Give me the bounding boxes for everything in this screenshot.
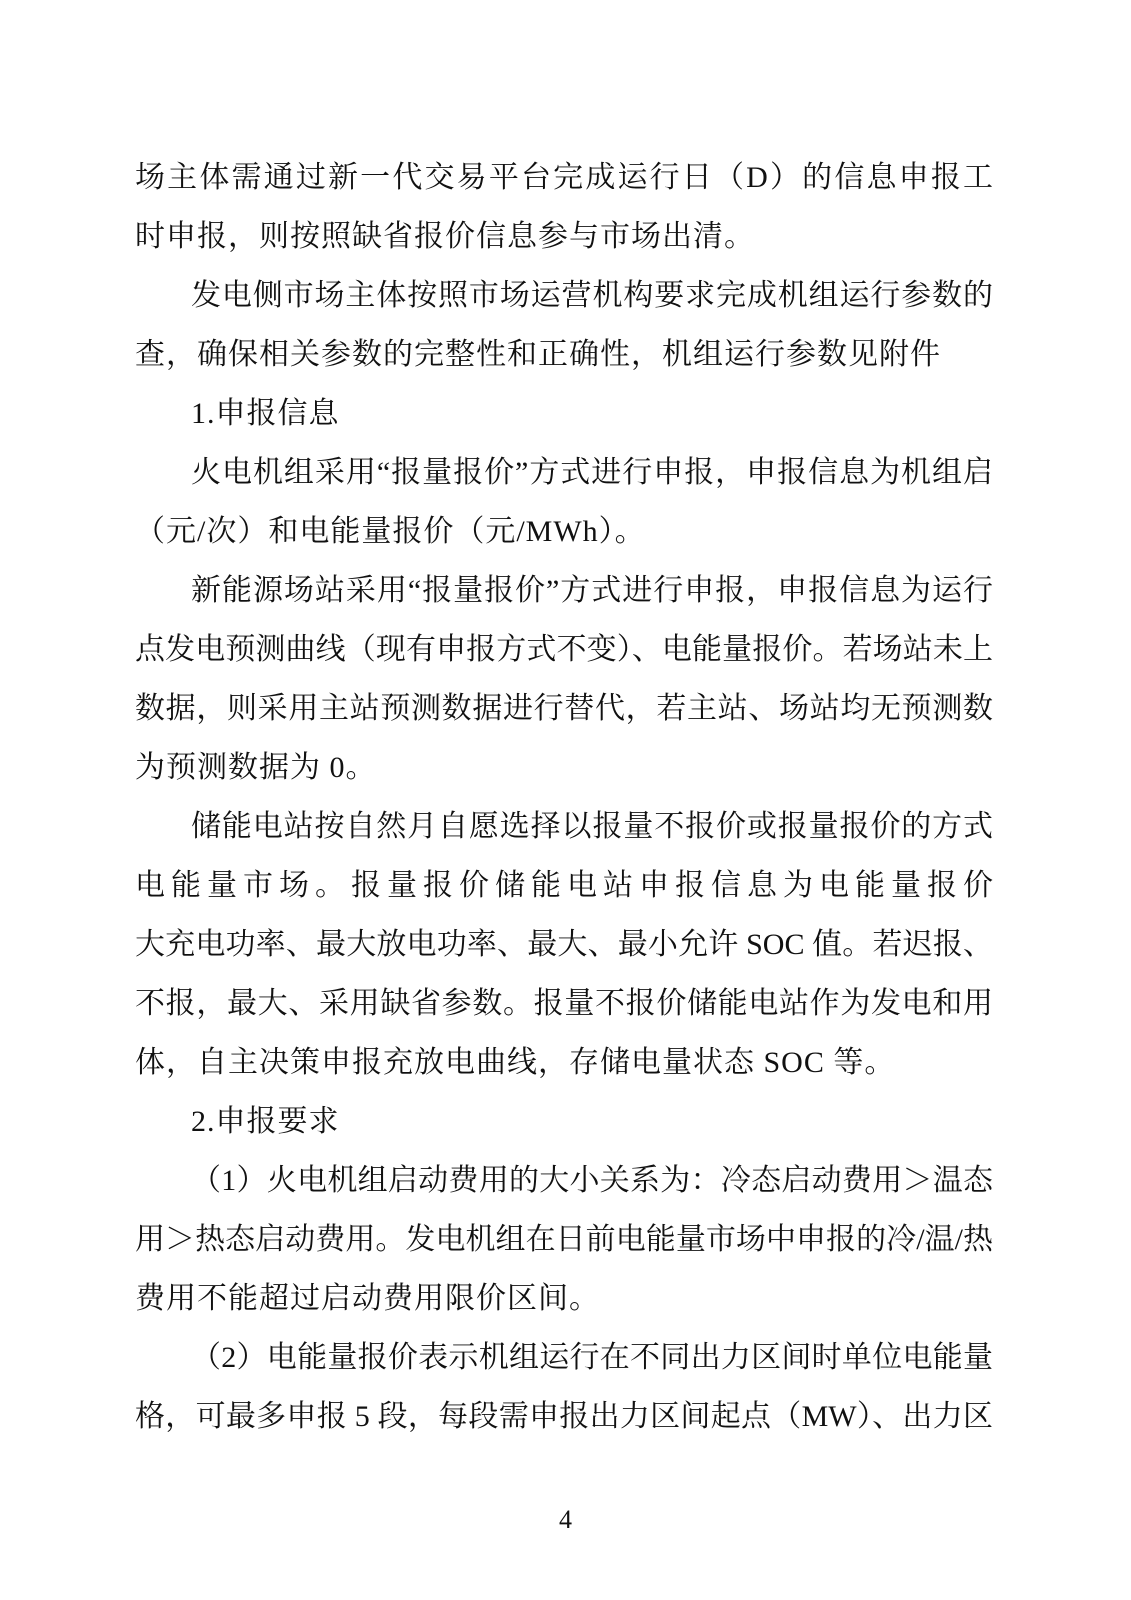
page-number: 4 <box>0 1505 1131 1535</box>
text-line: 电能量市场。报量报价储能电站申报信息为电能量报价（元/MWh）、最 <box>135 856 993 915</box>
text-line: （2）电能量报价表示机组运行在不同出力区间时单位电能量的价 <box>135 1328 993 1387</box>
text-line: 体，自主决策申报充放电曲线，存储电量状态 SOC 等。 <box>135 1033 993 1092</box>
text-line: 用＞热态启动费用。发电机组在日前电能量市场中申报的冷/温/热态启动 <box>135 1210 993 1269</box>
text-line: 点发电预测曲线（现有申报方式不变）、电能量报价。若场站未上报预测 <box>135 620 993 679</box>
text-line: 发电侧市场主体按照市场运营机构要求完成机组运行参数的申报和核 <box>135 266 993 325</box>
text-line: 查，确保相关参数的完整性和正确性，机组运行参数见附件 2。 <box>135 325 993 384</box>
text-line: （1）火电机组启动费用的大小关系为：冷态启动费用＞温态启动费 <box>135 1151 993 1210</box>
text-line: （元/次）和电能量报价（元/MWh）。 <box>135 502 993 561</box>
text-line: 火电机组采用“报量报价”方式进行申报，申报信息为机组启动费用 <box>135 443 993 502</box>
text-line: 大充电功率、最大放电功率、最大、最小允许 SOC 值。若迟报、漏报或 <box>135 915 993 974</box>
text-line: 时申报，则按照缺省报价信息参与市场出清。 <box>135 207 993 266</box>
text-line: 费用不能超过启动费用限价区间。 <box>135 1269 993 1328</box>
document-page: 场主体需通过新一代交易平台完成运行日（D）的信息申报工作。若未按 时申报，则按照… <box>0 0 1131 1600</box>
text-line: 不报，最大、采用缺省参数。报量不报价储能电站作为发电和用电的结合 <box>135 974 993 1033</box>
text-line: 为预测数据为 0。 <box>135 738 993 797</box>
document-body: 场主体需通过新一代交易平台完成运行日（D）的信息申报工作。若未按 时申报，则按照… <box>135 148 993 1446</box>
text-line: 数据，则采用主站预测数据进行替代，若主站、场站均无预测数据，则认 <box>135 679 993 738</box>
section-heading: 2.申报要求 <box>135 1092 993 1151</box>
text-line: 储能电站按自然月自愿选择以报量不报价或报量报价的方式参与现货 <box>135 797 993 856</box>
section-heading: 1.申报信息 <box>135 384 993 443</box>
text-line: 场主体需通过新一代交易平台完成运行日（D）的信息申报工作。若未按 <box>135 148 993 207</box>
text-line: 格，可最多申报 5 段，每段需申报出力区间起点（MW）、出力区间终点 <box>135 1387 993 1446</box>
text-line: 新能源场站采用“报量报价”方式进行申报，申报信息为运行日 96 <box>135 561 993 620</box>
